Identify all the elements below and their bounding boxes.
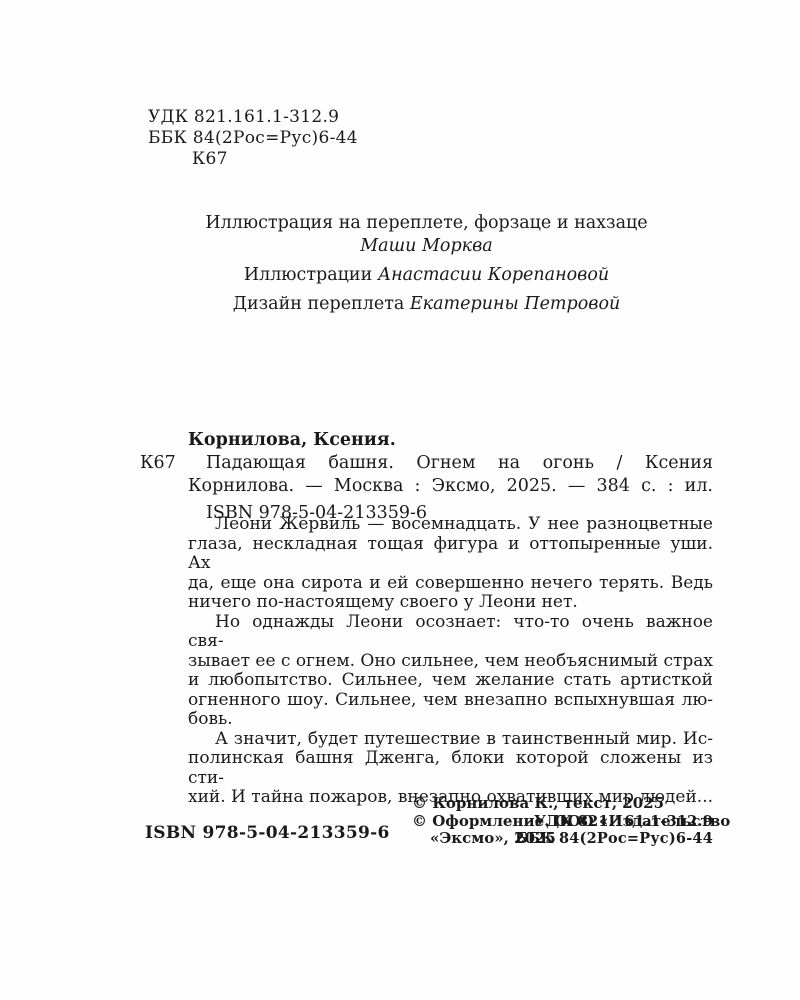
catalog-author-heading: Корнилова, Ксения.	[188, 429, 713, 452]
cover-illustrator-name: Маши Морква	[140, 235, 713, 258]
cover-design-credit: Дизайн переплета Екатерины Петровой	[140, 293, 713, 316]
udc-code: УДК 821.161.1-312.9	[148, 107, 358, 128]
top-classification-block: УДК 821.161.1-312.9 ББК 84(2Рос=Рус)6-44…	[148, 107, 358, 170]
illustrator-name: Анастасии Корепановой	[378, 265, 609, 285]
copyright-text-line: © Корнилова К., текст, 2025	[412, 795, 732, 813]
author-sign: К67	[192, 149, 358, 170]
cover-illustration-credit-label: Иллюстрация на переплете, форзаце и нахз…	[140, 212, 713, 235]
credits-block: Иллюстрация на переплете, форзаце и нахз…	[140, 212, 713, 316]
copyright-design-line-continued: «Эксмо», 2025	[412, 830, 732, 848]
catalog-description: Падающая башня. Огнем на огонь / КсенияК…	[188, 452, 713, 498]
cover-design-label: Дизайн переплета	[233, 294, 405, 314]
illustrations-label: Иллюстрации	[244, 265, 372, 285]
catalog-entry-body: Корнилова, Ксения. Падающая башня. Огнем…	[188, 429, 713, 525]
copyright-block: © Корнилова К., текст, 2025 © Оформление…	[412, 795, 732, 848]
bbk-code: ББК 84(2Рос=Рус)6-44	[148, 128, 358, 149]
cover-designer-name: Екатерины Петровой	[410, 294, 620, 314]
copyright-design-line: © Оформление. ООО «Издательство	[412, 813, 732, 831]
catalog-author-sign: К67	[140, 452, 176, 475]
bottom-isbn: ISBN 978-5-04-213359-6	[145, 823, 390, 843]
catalog-entry: К67 Корнилова, Ксения. Падающая башня. О…	[140, 429, 713, 525]
imprint-page: УДК 821.161.1-312.9 ББК 84(2Рос=Рус)6-44…	[0, 0, 800, 1000]
illustrations-credit: Иллюстрации Анастасии Корепановой	[140, 264, 713, 287]
annotation-paragraph-2: Но однажды Леони осознает: что-то очень …	[188, 613, 713, 730]
annotation-paragraph-1: Леони Жервиль — восемнадцать. У нее разн…	[188, 515, 713, 613]
